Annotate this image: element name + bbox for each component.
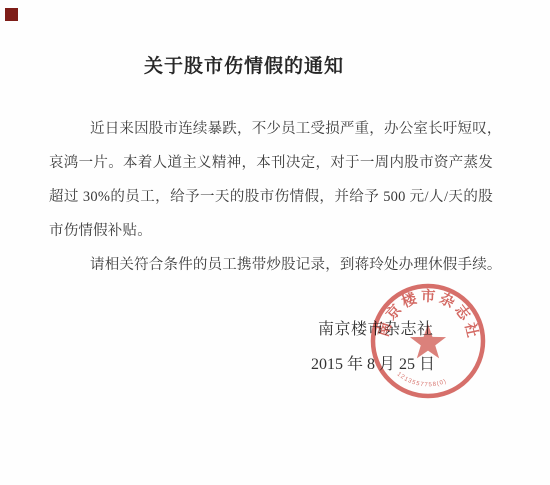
- notice-title: 关于股市伤情假的通知: [0, 51, 488, 78]
- body-line: 哀鸿一片。本着人道主义精神，本刊决定，对于一周内股市资产蒸发: [49, 146, 493, 180]
- stamp-serial-number: 1213557758(0): [396, 371, 448, 388]
- stamp-seal: 南京楼市杂志社 1213557758(0): [366, 279, 490, 403]
- notice-body: 近日来因股市连续暴跌，不少员工受损严重，办公室长吁短叹， 哀鸿一片。本着人道主义…: [49, 112, 493, 282]
- body-line: 近日来因股市连续暴跌，不少员工受损严重，办公室长吁短叹，: [49, 112, 493, 146]
- body-line: 超过 30%的员工，给予一天的股市伤情假，并给予 500 元/人/天的股: [49, 180, 493, 214]
- svg-text:1213557758(0): 1213557758(0): [396, 371, 448, 388]
- notice-document: 关于股市伤情假的通知 近日来因股市连续暴跌，不少员工受损严重，办公室长吁短叹， …: [0, 0, 550, 485]
- body-line: 市伤情假补贴。: [49, 214, 493, 248]
- corner-mark: [5, 8, 18, 21]
- star-icon: [410, 324, 446, 358]
- body-paragraph-2: 请相关符合条件的员工携带炒股记录，到蒋玲处办理休假手续。: [49, 248, 493, 282]
